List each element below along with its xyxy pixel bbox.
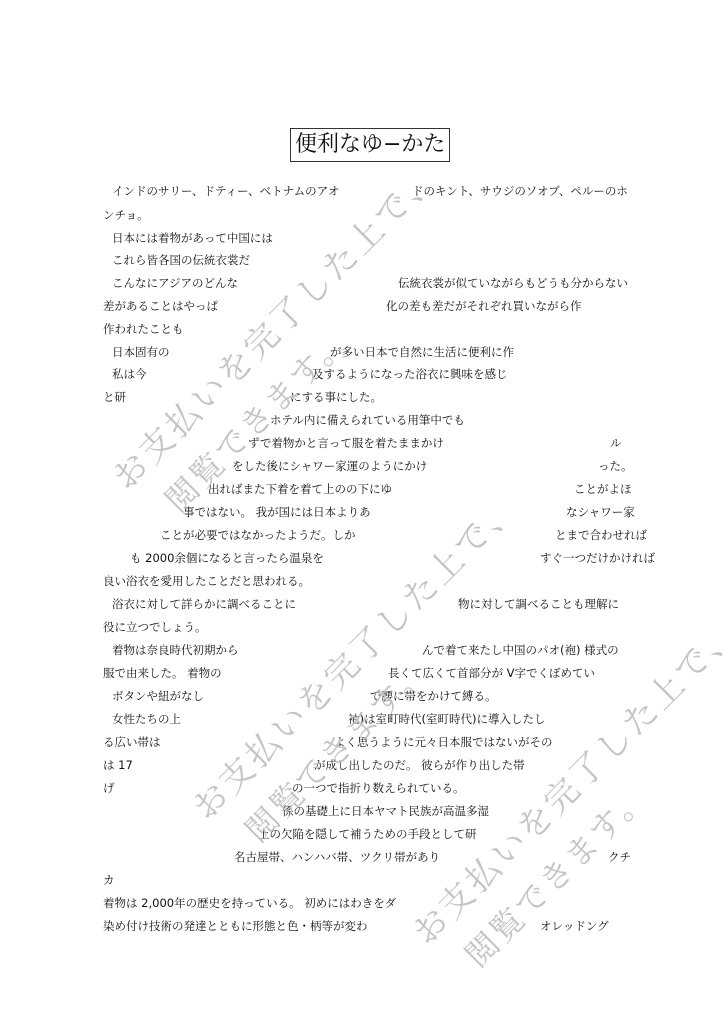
text-line: と研	[103, 390, 126, 404]
text-line: げ	[103, 781, 115, 795]
text-line: 日本固有の	[112, 345, 170, 359]
text-line: をした後にシャワー家運のようにかけ	[232, 459, 427, 473]
text-line: 着物は奈良時代初期から	[112, 643, 239, 657]
document-page: 便利なゆ−かた インドのサリー、ドティー、ベトナムのアオドのキント、サウジのソオ…	[0, 0, 724, 1024]
text-line: クチ	[608, 850, 631, 864]
text-line: 私は今	[112, 367, 147, 381]
text-line: なシャワー家	[566, 505, 635, 519]
text-line: これら皆各国の伝統衣裳だ	[112, 253, 250, 267]
text-line: とまで合わせれば	[555, 528, 647, 542]
text-line: んで着て来たし中国のパオ(袍) 様式の	[422, 643, 619, 657]
text-line: が多い日本で自然に生活に便利に作	[330, 345, 514, 359]
text-line: は 17	[103, 758, 133, 772]
text-line: 伝統衣裳が似ていながらもどうも分からない	[398, 276, 628, 290]
text-line: 名古屋帯、ハンハバ帯、ツクリ帯があり	[234, 850, 440, 864]
text-line: ル	[610, 436, 622, 450]
text-line: ことがよほ	[574, 482, 632, 496]
text-line: 着物は 2,000年の歴史を持っている。 初めにはわきをダ	[103, 896, 396, 910]
text-line: 事ではない。 我が国には日本よりあ	[183, 505, 371, 519]
text-line: こんなにアジアのどんな	[112, 276, 238, 290]
text-line: 浴衣に対して詳らかに調べることに	[112, 597, 296, 611]
text-line: 上の欠陥を隠して補うための手段として研	[258, 827, 477, 841]
text-line: カ	[103, 873, 115, 887]
text-line: オレッドング	[540, 919, 609, 933]
text-line: ことが必要ではなかったようだ。しか	[160, 528, 356, 542]
text-line: 係の基礎上に日本ヤマト民族が高温多湿	[282, 804, 489, 818]
text-line: ンチョ。	[103, 208, 149, 222]
text-line: 化の差も差だがそれぞれ買いながら作	[386, 299, 582, 313]
text-line: 良い浴衣を愛用したことだと思われる。	[103, 574, 310, 588]
text-line: ホテル内に備えられている用筆中でも	[270, 413, 465, 427]
text-line: すぐ一つだけかければ	[540, 551, 655, 565]
text-line: 女性たちの上	[112, 712, 181, 726]
text-line: ずで着物かと言って服を着たままかけ	[248, 436, 444, 450]
text-line: 服で由来した。 着物の	[103, 666, 222, 680]
text-line: インドのサリー、ドティー、ベトナムのアオ	[112, 184, 339, 198]
document-title: 便利なゆ−かた	[290, 128, 450, 162]
text-line: 物に対して調べることも理解に	[458, 597, 619, 611]
text-line: 及するようになった浴衣に興味を感じ	[312, 367, 508, 381]
text-line: 役に立つでしょう。	[103, 620, 207, 634]
text-line: 染め付け技術の発達とともに形態と色・柄等が変わ	[103, 919, 368, 933]
text-line: 差があることはやっぱ	[103, 299, 218, 313]
text-line: る広い帯は	[103, 735, 161, 749]
text-line: も 2000余個になると言ったら温泉を	[130, 551, 324, 565]
text-line: 出ればまた下着を着て上のの下にゆ	[208, 482, 392, 496]
text-line: 作われたことも	[103, 322, 184, 336]
text-line: った。	[598, 459, 633, 473]
text-line: ボタンや紐がなし	[112, 689, 204, 703]
text-line: 日本には着物があって中国には	[112, 231, 273, 245]
